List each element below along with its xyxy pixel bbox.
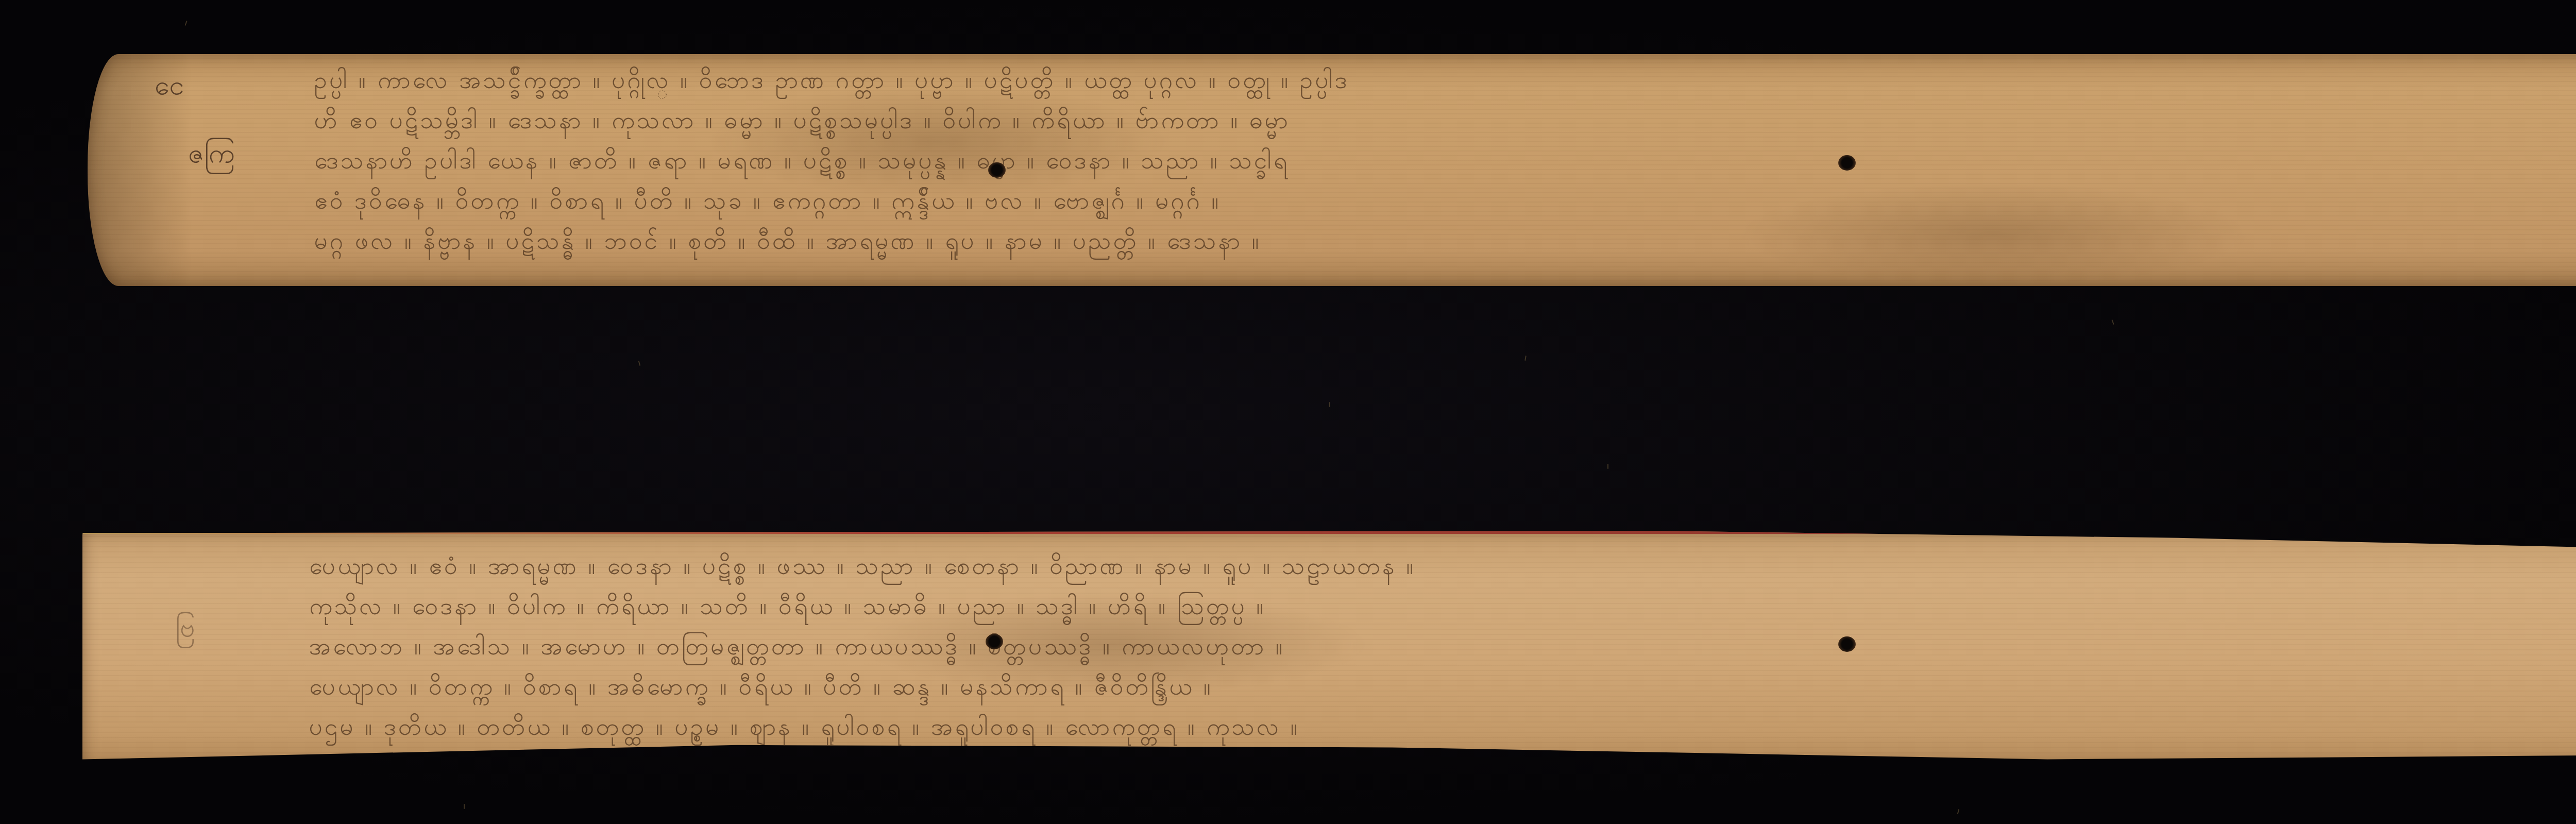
script-line-3: အလောဘ ။ အဒေါသ ။ အမောဟ ။ တတြမဇ္ဈတ္တတာ ။ က…: [309, 632, 1285, 666]
palm-leaf-bottom: ဗြ ပေယျာလ ။ ဧဝံ ။ အာရမ္မဏ ။ ဝေဒနာ ။ ပဋိစ…: [82, 531, 2576, 769]
velvet-fleck: [464, 804, 465, 809]
script-line-3: ဒေသနာဟိ ဥပါဒါ ယေန ။ ဇာတိ ။ ဇရာ ။ မရဏ ။ ပ…: [314, 146, 1289, 180]
folio-mark: ဗြ: [175, 611, 195, 650]
leaf-stain: [706, 85, 1170, 198]
leaf-stain: [1736, 183, 2251, 286]
folio-mark-upper: ငေ: [155, 69, 184, 108]
script-line-1: ပေယျာလ ။ ဧဝံ ။ အာရမ္မဏ ။ ဝေဒနာ ။ ပဋိစ္စ …: [309, 551, 1416, 586]
velvet-fleck: [1329, 402, 1330, 407]
script-line-5: မဂ္ဂ ဖလ ။ နိဗ္ဗာန ။ ပဋိသန္ဓိ ။ ဘဝင် ။ စု…: [314, 226, 1261, 261]
string-hole-left: [986, 634, 1003, 649]
string-hole-right: [1838, 636, 1856, 652]
script-line-4: ဧဝံ ဒုဝိဓေန ။ ဝိတက္က ။ ဝိစာရ ။ ပီတိ ။ သု…: [314, 186, 1221, 221]
string-hole-left: [988, 162, 1006, 178]
folio-mark-lower: ဇ‌ကြ: [188, 137, 235, 176]
string-hole-right: [1838, 155, 1856, 171]
script-line-1: ဥပ္ပါ ။ ကာလေ အသင္ခ်ိက္ခတ္ထာ ။ ပုဂ္ဂိုလ္ …: [314, 65, 1349, 100]
script-line-4: ပေယျာလ ။ ဝိတက္က ။ ဝိစာရ ။ အဓိမောက္ခ ။ ဝီ…: [309, 672, 1213, 707]
palm-leaf-top: ငေ ဇ‌ကြ ဥပ္ပါ ။ ကာလေ အသင္ခ်ိက္ခတ္ထာ ။ ပု…: [88, 54, 2576, 286]
script-line-2: ကုသိုလ ။ ဝေဒနာ ။ ဝိပါက ။ ကိရိယာ ။ သတိ ။ …: [309, 592, 1266, 626]
velvet-fleck: [1607, 464, 1608, 469]
script-line-5: ပဌမ ။ ဒုတိယ ။ တတိယ ။ စတုတ္ထ ။ ပဉ္စမ ။ ဈာ…: [309, 712, 1300, 747]
script-line-2: ဟိ ဧဝ ပဋိသမ္ဘိဒါ ။ ဒေသနာ ။ ကုသလာ ။ ဓမ္မာ…: [314, 106, 1290, 140]
